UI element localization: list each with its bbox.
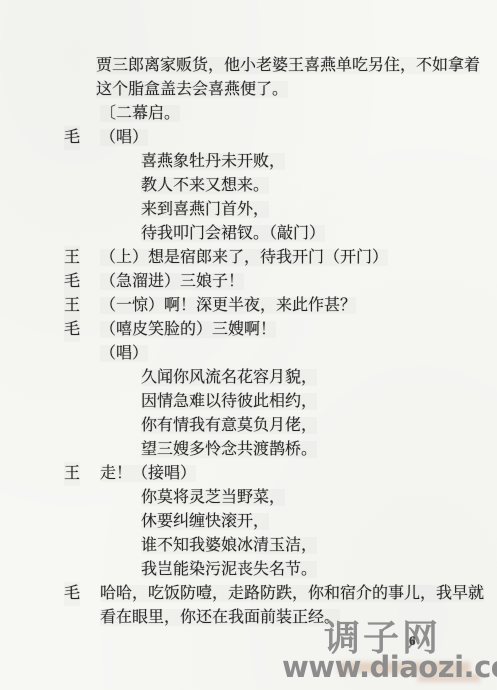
page-number: 6 — [409, 633, 416, 649]
script-line: 王（一惊）啊！深更半夜，来此作甚？ — [0, 294, 497, 318]
script-line: 教人不来又想来。 — [0, 174, 497, 198]
line-text: （唱） — [100, 345, 148, 362]
line-text: 你莫将灵芝当野菜， — [141, 489, 285, 506]
line-text: 看在眼里，你还在我面前装正经。 — [100, 609, 340, 626]
line-text: （嘻皮笑脸的）三嫂啊！ — [100, 321, 276, 338]
line-text: 贾三郎离家贩货，他小老婆王喜燕单吃另住，不如拿着 — [96, 57, 480, 74]
line-text: 喜燕象牡丹未开败， — [141, 153, 285, 170]
line-text: 哈哈，吃饭防噎，走路防跌，你和宿介的事儿，我早就 — [100, 585, 484, 602]
scanned-page: 贾三郎离家贩货，他小老婆王喜燕单吃另住，不如拿着这个脂盒盖去会喜燕便了。〔二幕启… — [0, 0, 497, 690]
line-text: 我岂能染污泥丧失名节。 — [141, 561, 317, 578]
script-line: 贾三郎离家贩货，他小老婆王喜燕单吃另住，不如拿着 — [0, 54, 497, 78]
speaker-name: 王 — [64, 294, 80, 318]
line-text: 因情急难以待彼此相约， — [141, 393, 317, 410]
speaker-name: 毛 — [64, 318, 80, 342]
script-line: 这个脂盒盖去会喜燕便了。 — [0, 78, 497, 102]
line-text: 走！（接唱） — [100, 465, 196, 482]
script-line: 毛（唱） — [0, 126, 497, 150]
line-text: （上）想是宿郎来了，待我开门（开门） — [100, 249, 388, 266]
script-line: 毛（嘻皮笑脸的）三嫂啊！ — [0, 318, 497, 342]
line-text: 久闻你风流名花容月貌， — [141, 369, 317, 386]
line-text: 待我叩门会裙钗。（敲门） — [141, 225, 325, 242]
script-lines: 贾三郎离家贩货，他小老婆王喜燕单吃另住，不如拿着这个脂盒盖去会喜燕便了。〔二幕启… — [0, 54, 497, 630]
line-text: 〔二幕启。 — [100, 105, 180, 122]
line-text: 来到喜燕门首外， — [141, 201, 269, 218]
line-text: 教人不来又想来。 — [141, 177, 269, 194]
script-line: 来到喜燕门首外， — [0, 198, 497, 222]
script-line: 你莫将灵芝当野菜， — [0, 486, 497, 510]
script-line: 谁不知我婆娘冰清玉洁， — [0, 534, 497, 558]
line-text: （急溜进）三娘子！ — [100, 273, 244, 290]
script-line: 毛（急溜进）三娘子！ — [0, 270, 497, 294]
line-text: （一惊）啊！深更半夜，来此作甚？ — [100, 297, 356, 314]
script-line: 久闻你风流名花容月貌， — [0, 366, 497, 390]
line-text: 你有情我有意莫负月佬， — [141, 417, 317, 434]
watermark-site-url: www.diaozi.com — [282, 650, 497, 684]
script-line: 因情急难以待彼此相约， — [0, 390, 497, 414]
line-text: 休要纠缠快滚开， — [141, 513, 269, 530]
script-line: 我岂能染污泥丧失名节。 — [0, 558, 497, 582]
script-line: 毛哈哈，吃饭防噎，走路防跌，你和宿介的事儿，我早就 — [0, 582, 497, 606]
script-line: 你有情我有意莫负月佬， — [0, 414, 497, 438]
line-text: 这个脂盒盖去会喜燕便了。 — [96, 81, 288, 98]
script-line: 王走！（接唱） — [0, 462, 497, 486]
script-line: 喜燕象牡丹未开败， — [0, 150, 497, 174]
script-line: （唱） — [0, 342, 497, 366]
speaker-name: 王 — [64, 462, 80, 486]
line-text: （唱） — [100, 129, 148, 146]
speaker-name: 毛 — [64, 126, 80, 150]
script-line: 王（上）想是宿郎来了，待我开门（开门） — [0, 246, 497, 270]
speaker-name: 毛 — [64, 582, 80, 606]
script-line: 休要纠缠快滚开， — [0, 510, 497, 534]
script-line: 〔二幕启。 — [0, 102, 497, 126]
line-text: 谁不知我婆娘冰清玉洁， — [141, 537, 317, 554]
script-line: 望三嫂多怜念共渡鹊桥。 — [0, 438, 497, 462]
speaker-name: 毛 — [64, 270, 80, 294]
line-text: 望三嫂多怜念共渡鹊桥。 — [141, 441, 317, 458]
speaker-name: 王 — [64, 246, 80, 270]
script-line: 待我叩门会裙钗。（敲门） — [0, 222, 497, 246]
